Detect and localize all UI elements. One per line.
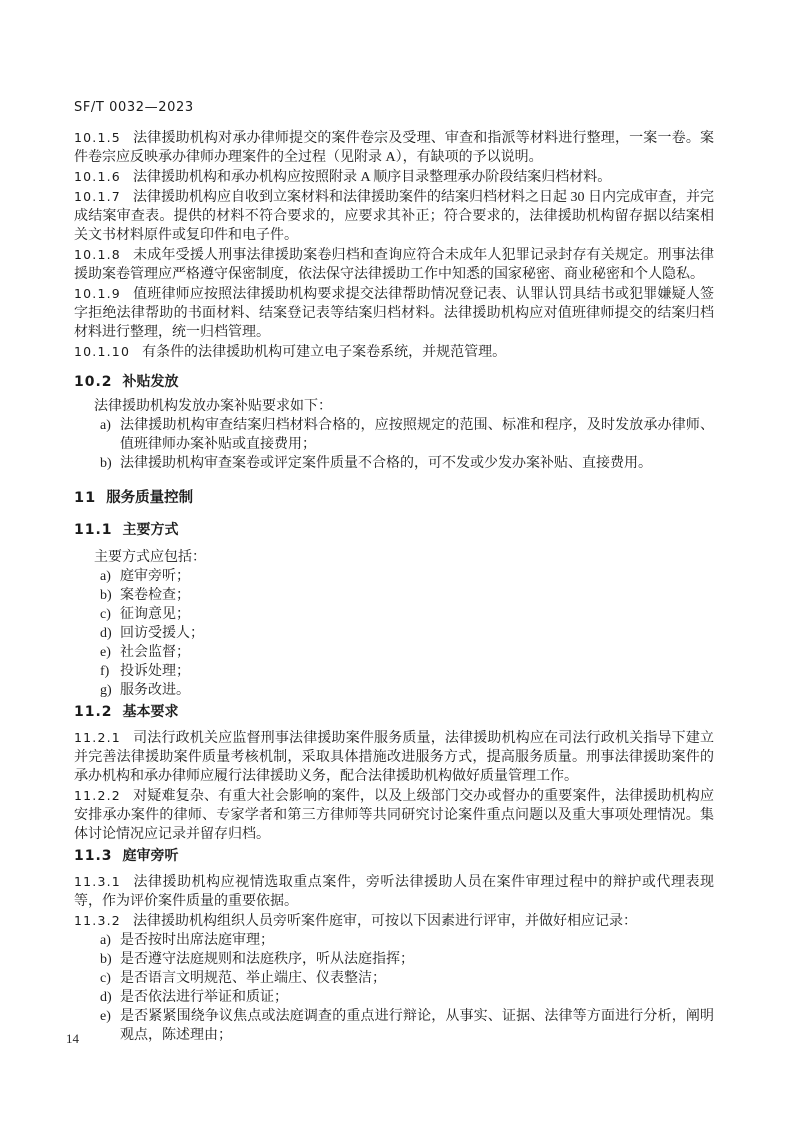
section-heading-11-2: 11.2基本要求 xyxy=(74,702,714,722)
list-item-b: b)案卷检查； xyxy=(74,586,714,605)
heading-number: 11.2 xyxy=(74,704,113,720)
list-item-text: 是否依法进行举证和质证； xyxy=(120,990,288,1005)
heading-number: 10.2 xyxy=(74,374,113,390)
clause-number: 10.1.8 xyxy=(74,247,121,262)
list-item-e: e)社会监督； xyxy=(74,643,714,662)
clause-10-1-8: 10.1.8未成年受援人刑事法律援助案卷归档和查询应符合未成年人犯罪记录封存有关… xyxy=(74,245,714,284)
list-item-text: 社会监督； xyxy=(120,645,190,660)
heading-text: 庭审旁听 xyxy=(123,847,179,863)
clause-text: 法律援助机构应自收到立案材料和法律援助案件的结案归档材料之日起 30 日内完成审… xyxy=(74,190,714,243)
section-heading-11-1: 11.1主要方式 xyxy=(74,520,714,540)
list-item-a: a)法律援助机构审查结案归档材料合格的，应按照规定的范围、标准和程序，及时发放承… xyxy=(74,416,714,454)
clause-text: 司法行政机关应监督刑事法律援助案件服务质量，法律援助机构应在司法行政机关指导下建… xyxy=(74,731,714,784)
standard-code-header: SF/T 0032—2023 xyxy=(74,98,714,117)
clause-11-3-2: 11.3.2法律援助机构组织人员旁听案件庭审，可按以下因素进行评审，并做好相应记… xyxy=(74,911,714,931)
clause-text: 值班律师应按照法律援助机构要求提交法律帮助情况登记表、认罪认罚具结书或犯罪嫌疑人… xyxy=(74,287,714,340)
list-marker: c) xyxy=(100,605,111,624)
list-item-text: 案卷检查； xyxy=(120,588,190,603)
list-marker: b) xyxy=(100,586,112,605)
clause-text: 法律援助机构应视情选取重点案件，旁听法律援助人员在案件审理过程中的辩护或代理表现… xyxy=(74,875,714,909)
clause-number: 10.1.10 xyxy=(74,344,130,359)
clause-number: 10.1.5 xyxy=(74,130,121,145)
clause-11-2-2: 11.2.2对疑难复杂、有重大社会影响的案件，以及上级部门交办或督办的重要案件，… xyxy=(74,786,714,844)
clause-number: 10.1.9 xyxy=(74,286,121,301)
list-item-c: c)征询意见； xyxy=(74,605,714,624)
chapter-heading-11: 11服务质量控制 xyxy=(74,489,714,508)
list-item-text: 服务改进。 xyxy=(120,683,190,698)
page-content: SF/T 0032—2023 10.1.5法律援助机构对承办律师提交的案件卷宗及… xyxy=(74,98,714,1045)
clause-number: 11.3.2 xyxy=(74,913,121,928)
list-item-text: 投诉处理； xyxy=(120,664,190,679)
clause-11-2-1: 11.2.1司法行政机关应监督刑事法律援助案件服务质量，法律援助机构应在司法行政… xyxy=(74,728,714,786)
list-marker: a) xyxy=(100,931,111,950)
list-marker: a) xyxy=(100,416,111,435)
clause-10-1-9: 10.1.9值班律师应按照法律援助机构要求提交法律帮助情况登记表、认罪认罚具结书… xyxy=(74,284,714,342)
clause-10-1-7: 10.1.7法律援助机构应自收到立案材料和法律援助案件的结案归档材料之日起 30… xyxy=(74,187,714,245)
list-item-text: 法律援助机构审查案卷或评定案件质量不合格的，可不发或少发办案补贴、直接费用。 xyxy=(120,456,652,471)
clause-text: 法律援助机构组织人员旁听案件庭审，可按以下因素进行评审，并做好相应记录： xyxy=(133,914,637,929)
list-marker: b) xyxy=(100,454,112,473)
clause-number: 11.2.2 xyxy=(74,788,121,803)
clause-number: 11.2.1 xyxy=(74,730,121,745)
list-item-text: 是否按时出席法庭审理； xyxy=(120,933,274,948)
list-item-text: 是否语言文明规范、举止端庄、仪表整洁； xyxy=(120,971,386,986)
heading-number: 11.3 xyxy=(74,848,113,864)
list-item-b: b)是否遵守法庭规则和法庭秩序，听从法庭指挥； xyxy=(74,950,714,969)
list-item-text: 庭审旁听； xyxy=(120,569,190,584)
list-marker: d) xyxy=(100,988,112,1007)
clause-11-3-1: 11.3.1法律援助机构应视情选取重点案件，旁听法律援助人员在案件审理过程中的辩… xyxy=(74,872,714,911)
heading-text: 服务质量控制 xyxy=(106,490,193,506)
clause-text: 法律援助机构对承办律师提交的案件卷宗及受理、审查和指派等材料进行整理，一案一卷。… xyxy=(74,131,714,165)
list-item-e: e)是否紧紧围绕争议焦点或法庭调查的重点进行辩论，从事实、证据、法律等方面进行分… xyxy=(74,1007,714,1045)
clause-text: 有条件的法律援助机构可建立电子案卷系统，并规范管理。 xyxy=(142,345,506,360)
clause-10-1-10: 10.1.10有条件的法律援助机构可建立电子案卷系统，并规范管理。 xyxy=(74,342,714,362)
list-marker: e) xyxy=(100,643,111,662)
list-marker: d) xyxy=(100,624,112,643)
list-item-a: a)是否按时出席法庭审理； xyxy=(74,931,714,950)
list-item-c: c)是否语言文明规范、举止端庄、仪表整洁； xyxy=(74,969,714,988)
heading-text: 主要方式 xyxy=(123,521,179,537)
page-number: 14 xyxy=(66,1031,79,1047)
list-item-a: a)庭审旁听； xyxy=(74,567,714,586)
clause-text: 未成年受援人刑事法律援助案卷归档和查询应符合未成年人犯罪记录封存有关规定。刑事法… xyxy=(74,248,714,282)
clause-number: 11.3.1 xyxy=(74,874,121,889)
list-marker: f) xyxy=(100,662,109,681)
list-marker: a) xyxy=(100,567,111,586)
list-item-f: f)投诉处理； xyxy=(74,662,714,681)
list-marker: g) xyxy=(100,681,112,700)
section-heading-10-2: 10.2补贴发放 xyxy=(74,372,714,392)
section-heading-11-3: 11.3庭审旁听 xyxy=(74,846,714,866)
heading-number: 11 xyxy=(74,490,96,506)
document-page: SF/T 0032—2023 10.1.5法律援助机构对承办律师提交的案件卷宗及… xyxy=(0,0,794,1122)
clause-10-1-6: 10.1.6法律援助机构和承办机构应按照附录 A 顺序目录整理承办阶段结案归档材… xyxy=(74,167,714,187)
list-item-text: 是否紧紧围绕争议焦点或法庭调查的重点进行辩论，从事实、证据、法律等方面进行分析，… xyxy=(120,1009,714,1043)
list-marker: e) xyxy=(100,1007,111,1026)
list-item-text: 征询意见； xyxy=(120,607,190,622)
list-item-text: 回访受援人； xyxy=(120,626,204,641)
list-marker: b) xyxy=(100,950,112,969)
clause-text: 对疑难复杂、有重大社会影响的案件，以及上级部门交办或督办的重要案件，法律援助机构… xyxy=(74,789,714,842)
list-item-text: 法律援助机构审查结案归档材料合格的，应按照规定的范围、标准和程序，及时发放承办律… xyxy=(120,418,714,452)
list-item-g: g)服务改进。 xyxy=(74,681,714,700)
heading-text: 基本要求 xyxy=(123,703,179,719)
list-intro: 主要方式应包括： xyxy=(74,548,714,567)
list-marker: c) xyxy=(100,969,111,988)
list-item-b: b)法律援助机构审查案卷或评定案件质量不合格的，可不发或少发办案补贴、直接费用。 xyxy=(74,454,714,473)
clause-10-1-5: 10.1.5法律援助机构对承办律师提交的案件卷宗及受理、审查和指派等材料进行整理… xyxy=(74,128,714,167)
heading-number: 11.1 xyxy=(74,522,113,538)
clause-number: 10.1.6 xyxy=(74,169,121,184)
list-item-d: d)回访受援人； xyxy=(74,624,714,643)
list-item-text: 是否遵守法庭规则和法庭秩序，听从法庭指挥； xyxy=(120,952,414,967)
clause-number: 10.1.7 xyxy=(74,189,121,204)
list-intro: 法律援助机构发放办案补贴要求如下： xyxy=(74,397,714,416)
heading-text: 补贴发放 xyxy=(123,373,179,389)
list-item-d: d)是否依法进行举证和质证； xyxy=(74,988,714,1007)
clause-text: 法律援助机构和承办机构应按照附录 A 顺序目录整理承办阶段结案归档材料。 xyxy=(133,170,611,185)
